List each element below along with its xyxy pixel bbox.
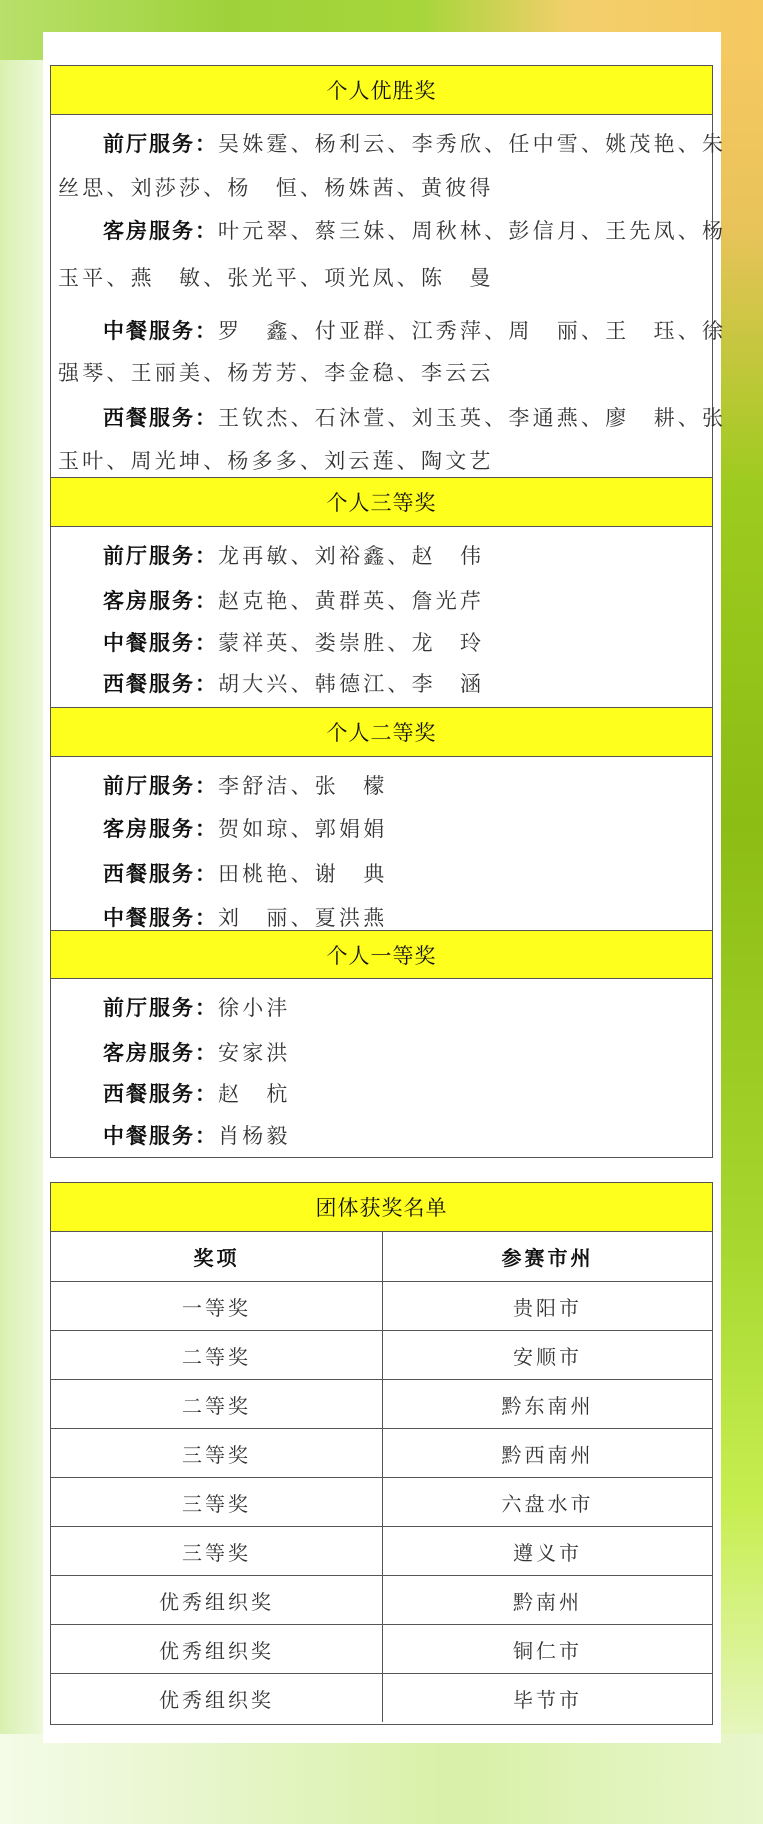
entry-line: 中餐服务：蒙祥英、娄崇胜、龙 玲 (103, 629, 484, 657)
entry-line-cont: 丝思、刘莎莎、杨 恒、杨姝茜、黄彼得 (58, 174, 494, 202)
award-cell: 三等奖 (51, 1429, 383, 1477)
entry-label: 中餐服务： (103, 319, 218, 343)
city-cell: 铜仁市 (383, 1625, 712, 1673)
entry-names: 龙再敏、刘裕鑫、赵 伟 (218, 544, 484, 568)
entry-names: 赵 杭 (218, 1082, 291, 1106)
entry-line-cont: 玉平、燕 敏、张光平、项光凤、陈 曼 (58, 264, 494, 292)
team-awards-table: 团体获奖名单 奖项 参赛市州 一等奖 贵阳市 二等奖 安顺市 二等奖 黔东南州 … (50, 1182, 713, 1725)
entry-names: 王钦杰、石沐萱、刘玉英、李通燕、廖 耕、张 (218, 406, 726, 430)
section-header-third-prize: 个人三等奖 (51, 477, 712, 527)
entry-line: 客房服务：叶元翠、蔡三妹、周秋林、彭信月、王先凤、杨 (103, 217, 726, 245)
entry-names: 罗 鑫、付亚群、江秀萍、周 丽、王 珏、徐 (218, 319, 726, 343)
entry-label: 西餐服务： (103, 672, 218, 696)
city-cell: 遵义市 (383, 1527, 712, 1575)
entry-label: 中餐服务： (103, 906, 218, 930)
table-row: 优秀组织奖 黔南州 (51, 1575, 712, 1624)
table-row: 三等奖 遵义市 (51, 1526, 712, 1575)
entry-line: 前厅服务：吴姝霆、杨利云、李秀欣、任中雪、姚茂艳、朱 (103, 130, 726, 158)
entry-line: 前厅服务：龙再敏、刘裕鑫、赵 伟 (103, 542, 484, 570)
award-cell: 优秀组织奖 (51, 1674, 383, 1722)
entry-label: 客房服务： (103, 817, 218, 841)
team-table-title: 团体获奖名单 (51, 1182, 712, 1232)
entry-names: 安家洪 (218, 1041, 291, 1065)
entry-label: 前厅服务： (103, 774, 218, 798)
table-row: 三等奖 黔西南州 (51, 1428, 712, 1477)
entry-names: 赵克艳、黄群英、詹光芹 (218, 589, 484, 613)
entry-label: 前厅服务： (103, 996, 218, 1020)
entry-names: 田桃艳、谢 典 (218, 862, 387, 886)
entry-names: 刘 丽、夏洪燕 (218, 906, 387, 930)
table-row: 优秀组织奖 铜仁市 (51, 1624, 712, 1673)
entry-line: 西餐服务：王钦杰、石沐萱、刘玉英、李通燕、廖 耕、张 (103, 404, 726, 432)
section-header-excellence: 个人优胜奖 (51, 65, 712, 115)
entry-names: 吴姝霆、杨利云、李秀欣、任中雪、姚茂艳、朱 (218, 132, 726, 156)
award-cell: 二等奖 (51, 1380, 383, 1428)
entry-line: 前厅服务：徐小沣 (103, 994, 291, 1022)
entry-line: 中餐服务：罗 鑫、付亚群、江秀萍、周 丽、王 珏、徐 (103, 317, 726, 345)
award-cell: 优秀组织奖 (51, 1625, 383, 1673)
city-cell: 黔东南州 (383, 1380, 712, 1428)
entry-names: 胡大兴、韩德江、李 涵 (218, 672, 484, 696)
award-cell: 三等奖 (51, 1527, 383, 1575)
entry-names: 叶元翠、蔡三妹、周秋林、彭信月、王先凤、杨 (218, 219, 726, 243)
entry-names: 徐小沣 (218, 996, 291, 1020)
section-header-second-prize: 个人二等奖 (51, 707, 712, 757)
background-right-gradient (715, 60, 763, 1760)
individual-awards-table: 个人优胜奖 前厅服务：吴姝霆、杨利云、李秀欣、任中雪、姚茂艳、朱 丝思、刘莎莎、… (50, 65, 713, 1158)
entry-names: 肖杨毅 (218, 1124, 291, 1148)
award-cell: 二等奖 (51, 1331, 383, 1379)
entry-names: 李舒洁、张 檬 (218, 774, 387, 798)
entry-line: 西餐服务：胡大兴、韩德江、李 涵 (103, 670, 484, 698)
entry-line: 客房服务：赵克艳、黄群英、詹光芹 (103, 587, 484, 615)
city-cell: 安顺市 (383, 1331, 712, 1379)
entry-label: 前厅服务： (103, 544, 218, 568)
entry-line: 前厅服务：李舒洁、张 檬 (103, 772, 387, 800)
city-cell: 贵阳市 (383, 1282, 712, 1330)
table-row: 一等奖 贵阳市 (51, 1281, 712, 1330)
award-cell: 一等奖 (51, 1282, 383, 1330)
entry-label: 西餐服务： (103, 406, 218, 430)
entry-names: 蒙祥英、娄崇胜、龙 玲 (218, 631, 484, 655)
entry-line: 西餐服务：田桃艳、谢 典 (103, 860, 387, 888)
entry-line: 客房服务：安家洪 (103, 1039, 291, 1067)
entry-label: 前厅服务： (103, 132, 218, 156)
table-row: 优秀组织奖 毕节市 (51, 1673, 712, 1722)
background-bottom-gradient (0, 1734, 763, 1824)
table-row: 三等奖 六盘水市 (51, 1477, 712, 1526)
entry-line: 中餐服务：刘 丽、夏洪燕 (103, 904, 387, 932)
entry-line: 客房服务：贺如琼、郭娟娟 (103, 815, 387, 843)
entry-line-cont: 玉叶、周光坤、杨多多、刘云莲、陶文艺 (58, 447, 494, 475)
header-award: 奖项 (51, 1232, 383, 1281)
city-cell: 六盘水市 (383, 1478, 712, 1526)
table-row: 二等奖 安顺市 (51, 1330, 712, 1379)
entry-label: 中餐服务： (103, 631, 218, 655)
entry-label: 客房服务： (103, 1041, 218, 1065)
entry-label: 中餐服务： (103, 1124, 218, 1148)
entry-label: 西餐服务： (103, 1082, 218, 1106)
entry-label: 西餐服务： (103, 862, 218, 886)
entry-label: 客房服务： (103, 589, 218, 613)
city-cell: 毕节市 (383, 1674, 712, 1722)
header-city: 参赛市州 (383, 1232, 712, 1281)
award-cell: 优秀组织奖 (51, 1576, 383, 1624)
city-cell: 黔南州 (383, 1576, 712, 1624)
team-table-header-row: 奖项 参赛市州 (51, 1232, 712, 1281)
entry-line: 西餐服务：赵 杭 (103, 1080, 291, 1108)
table-row: 二等奖 黔东南州 (51, 1379, 712, 1428)
entry-line: 中餐服务：肖杨毅 (103, 1122, 291, 1150)
award-cell: 三等奖 (51, 1478, 383, 1526)
section-header-first-prize: 个人一等奖 (51, 930, 712, 979)
entry-line-cont: 强琴、王丽美、杨芳芳、李金稳、李云云 (58, 359, 494, 387)
entry-names: 贺如琼、郭娟娟 (218, 817, 387, 841)
city-cell: 黔西南州 (383, 1429, 712, 1477)
entry-label: 客房服务： (103, 219, 218, 243)
